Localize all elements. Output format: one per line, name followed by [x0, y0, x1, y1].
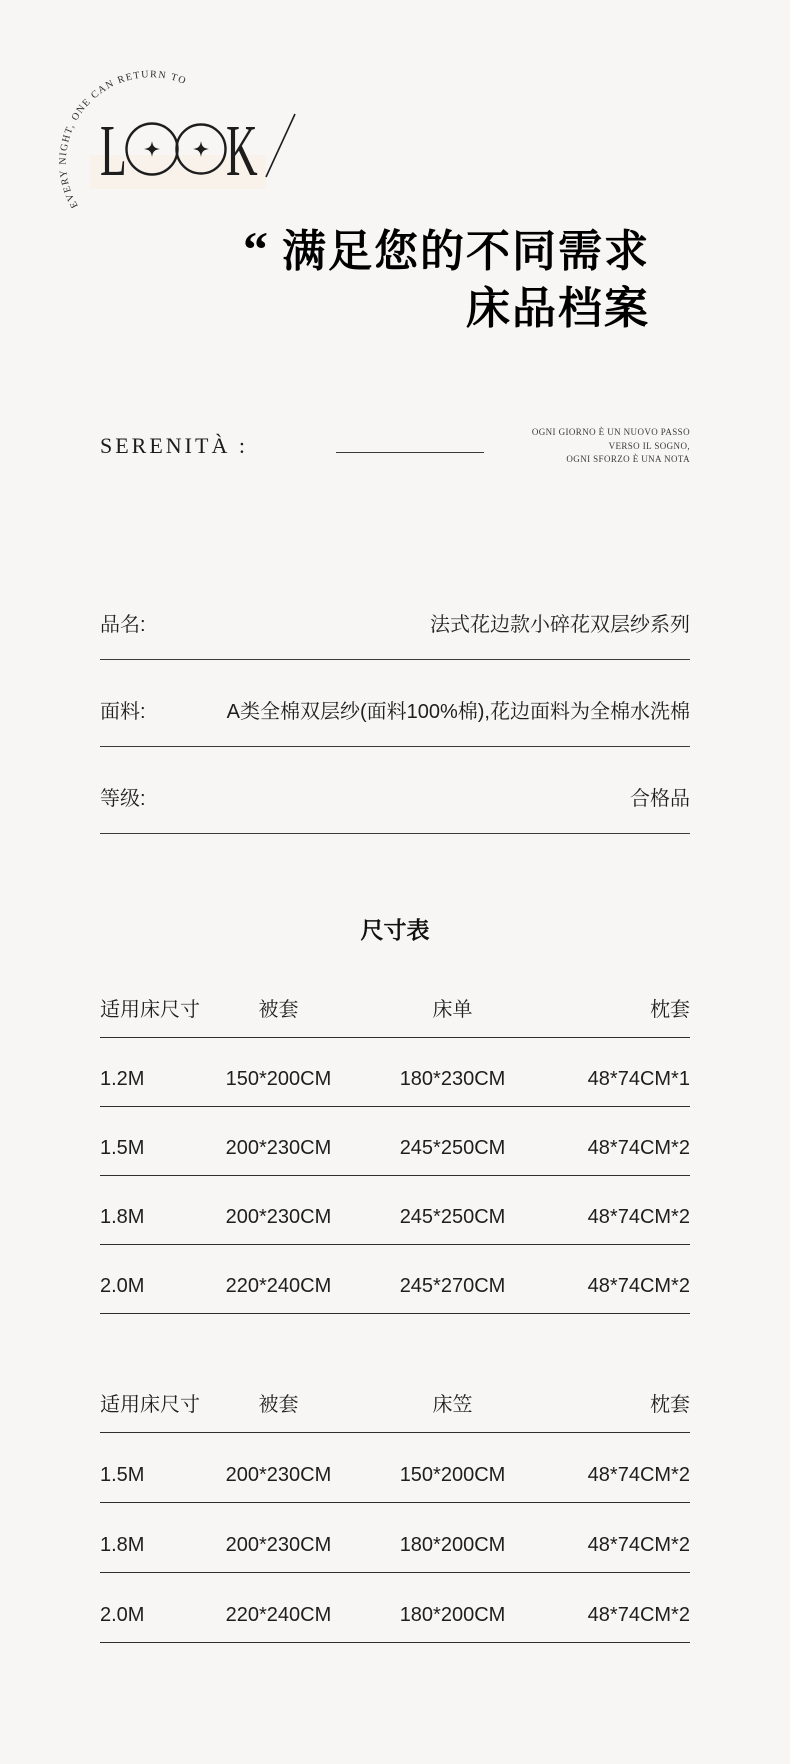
- info-value: 合格品: [630, 782, 690, 811]
- cell-pillowcase: 48*74CM*2: [554, 1137, 690, 1160]
- product-info: 品名: 法式花边款小碎花双层纱系列 面料: A类全棉双层纱(面料100%棉),花…: [100, 573, 690, 834]
- logo-slash-icon: [266, 114, 295, 177]
- column-header: 枕套: [554, 993, 690, 1022]
- headline: “满足您的不同需求 床品档案: [243, 221, 650, 337]
- cell-fitted-sheet: 150*200CM: [351, 1464, 555, 1487]
- quote-mark: “: [243, 221, 268, 277]
- table-row: 1.8M 200*230CM 245*250CM 48*74CM*2: [100, 1176, 690, 1245]
- cell-bed-size: 1.5M: [100, 1464, 206, 1487]
- brand-row: SERENITÀ : OGNI GIORNO È UN NUOVO PASSO …: [100, 425, 690, 477]
- cell-pillowcase: 48*74CM*2: [554, 1604, 690, 1627]
- logo-letter-l: L: [100, 111, 127, 192]
- table-row: 1.2M 150*200CM 180*230CM 48*74CM*1: [100, 1038, 690, 1107]
- table-row: 2.0M 220*240CM 180*200CM 48*74CM*2: [100, 1573, 690, 1643]
- size-table-title: 尺寸表: [0, 912, 790, 945]
- tagline-line: VERSO IL SOGNO,: [532, 440, 690, 454]
- headline-line1-wrap: “满足您的不同需求: [243, 221, 650, 280]
- column-header: 床笠: [351, 1388, 555, 1417]
- cell-pillowcase: 48*74CM*2: [554, 1275, 690, 1298]
- table-row: 1.5M 200*230CM 245*250CM 48*74CM*2: [100, 1107, 690, 1176]
- cell-pillowcase: 48*74CM*1: [554, 1068, 690, 1091]
- info-label: 品名:: [100, 608, 146, 637]
- table-header-row: 适用床尺寸 被套 床笠 枕套: [100, 1368, 690, 1433]
- info-value: 法式花边款小碎花双层纱系列: [430, 608, 690, 637]
- table-row: 1.8M 200*230CM 180*200CM 48*74CM*2: [100, 1503, 690, 1573]
- brand-tagline: OGNI GIORNO È UN NUOVO PASSO VERSO IL SO…: [532, 426, 690, 467]
- column-header: 适用床尺寸: [100, 1388, 206, 1417]
- info-row-fabric: 面料: A类全棉双层纱(面料100%棉),花边面料为全棉水洗棉: [100, 660, 690, 747]
- product-detail-page: EVERY NIGHT, ONE CAN RETURN TO L K “满足您的…: [0, 0, 790, 1764]
- cell-fitted-sheet: 180*200CM: [351, 1604, 555, 1627]
- cell-sheet: 245*250CM: [351, 1137, 555, 1160]
- tagline-line: OGNI GIORNO È UN NUOVO PASSO: [532, 426, 690, 440]
- cell-duvet-cover: 200*230CM: [206, 1534, 351, 1557]
- cell-duvet-cover: 220*240CM: [206, 1275, 351, 1298]
- info-row-name: 品名: 法式花边款小碎花双层纱系列: [100, 573, 690, 660]
- cell-bed-size: 1.8M: [100, 1206, 206, 1229]
- sparkle-star-icon: [193, 141, 209, 157]
- table-header-row: 适用床尺寸 被套 床单 枕套: [100, 975, 690, 1038]
- cell-duvet-cover: 200*230CM: [206, 1464, 351, 1487]
- cell-bed-size: 2.0M: [100, 1604, 206, 1627]
- cell-pillowcase: 48*74CM*2: [554, 1534, 690, 1557]
- column-header: 枕套: [554, 1388, 690, 1417]
- size-table-flat-sheet: 适用床尺寸 被套 床单 枕套 1.2M 150*200CM 180*230CM …: [100, 975, 690, 1314]
- cell-pillowcase: 48*74CM*2: [554, 1464, 690, 1487]
- info-label: 面料:: [100, 695, 146, 724]
- cell-duvet-cover: 150*200CM: [206, 1068, 351, 1091]
- cell-duvet-cover: 220*240CM: [206, 1604, 351, 1627]
- info-value: A类全棉双层纱(面料100%棉),花边面料为全棉水洗棉: [227, 695, 690, 724]
- cell-sheet: 245*250CM: [351, 1206, 555, 1229]
- headline-line1: 满足您的不同需求: [282, 227, 650, 276]
- tagline-line: OGNI SFORZO È UNA NOTA: [532, 453, 690, 467]
- column-header: 被套: [206, 993, 351, 1022]
- cell-pillowcase: 48*74CM*2: [554, 1206, 690, 1229]
- table-row: 1.5M 200*230CM 150*200CM 48*74CM*2: [100, 1433, 690, 1503]
- column-header: 被套: [206, 1388, 351, 1417]
- cell-sheet: 245*270CM: [351, 1275, 555, 1298]
- info-row-grade: 等级: 合格品: [100, 747, 690, 834]
- column-header: 适用床尺寸: [100, 993, 206, 1022]
- table-row: 2.0M 220*240CM 245*270CM 48*74CM*2: [100, 1245, 690, 1314]
- cell-duvet-cover: 200*230CM: [206, 1206, 351, 1229]
- size-table-fitted-sheet: 适用床尺寸 被套 床笠 枕套 1.5M 200*230CM 150*200CM …: [100, 1368, 690, 1643]
- cell-bed-size: 1.8M: [100, 1534, 206, 1557]
- cell-fitted-sheet: 180*200CM: [351, 1534, 555, 1557]
- cell-bed-size: 1.5M: [100, 1137, 206, 1160]
- cell-sheet: 180*230CM: [351, 1068, 555, 1091]
- divider-line: [336, 452, 484, 453]
- headline-line2: 床品档案: [243, 280, 650, 337]
- sparkle-star-icon: [144, 141, 160, 157]
- logo-letter-k: K: [226, 111, 258, 192]
- brand-name: SERENITÀ :: [100, 433, 248, 459]
- cell-duvet-cover: 200*230CM: [206, 1137, 351, 1160]
- brand-logo: EVERY NIGHT, ONE CAN RETURN TO L K: [52, 38, 312, 208]
- cell-bed-size: 1.2M: [100, 1068, 206, 1091]
- info-label: 等级:: [100, 782, 146, 811]
- column-header: 床单: [351, 993, 555, 1022]
- cell-bed-size: 2.0M: [100, 1275, 206, 1298]
